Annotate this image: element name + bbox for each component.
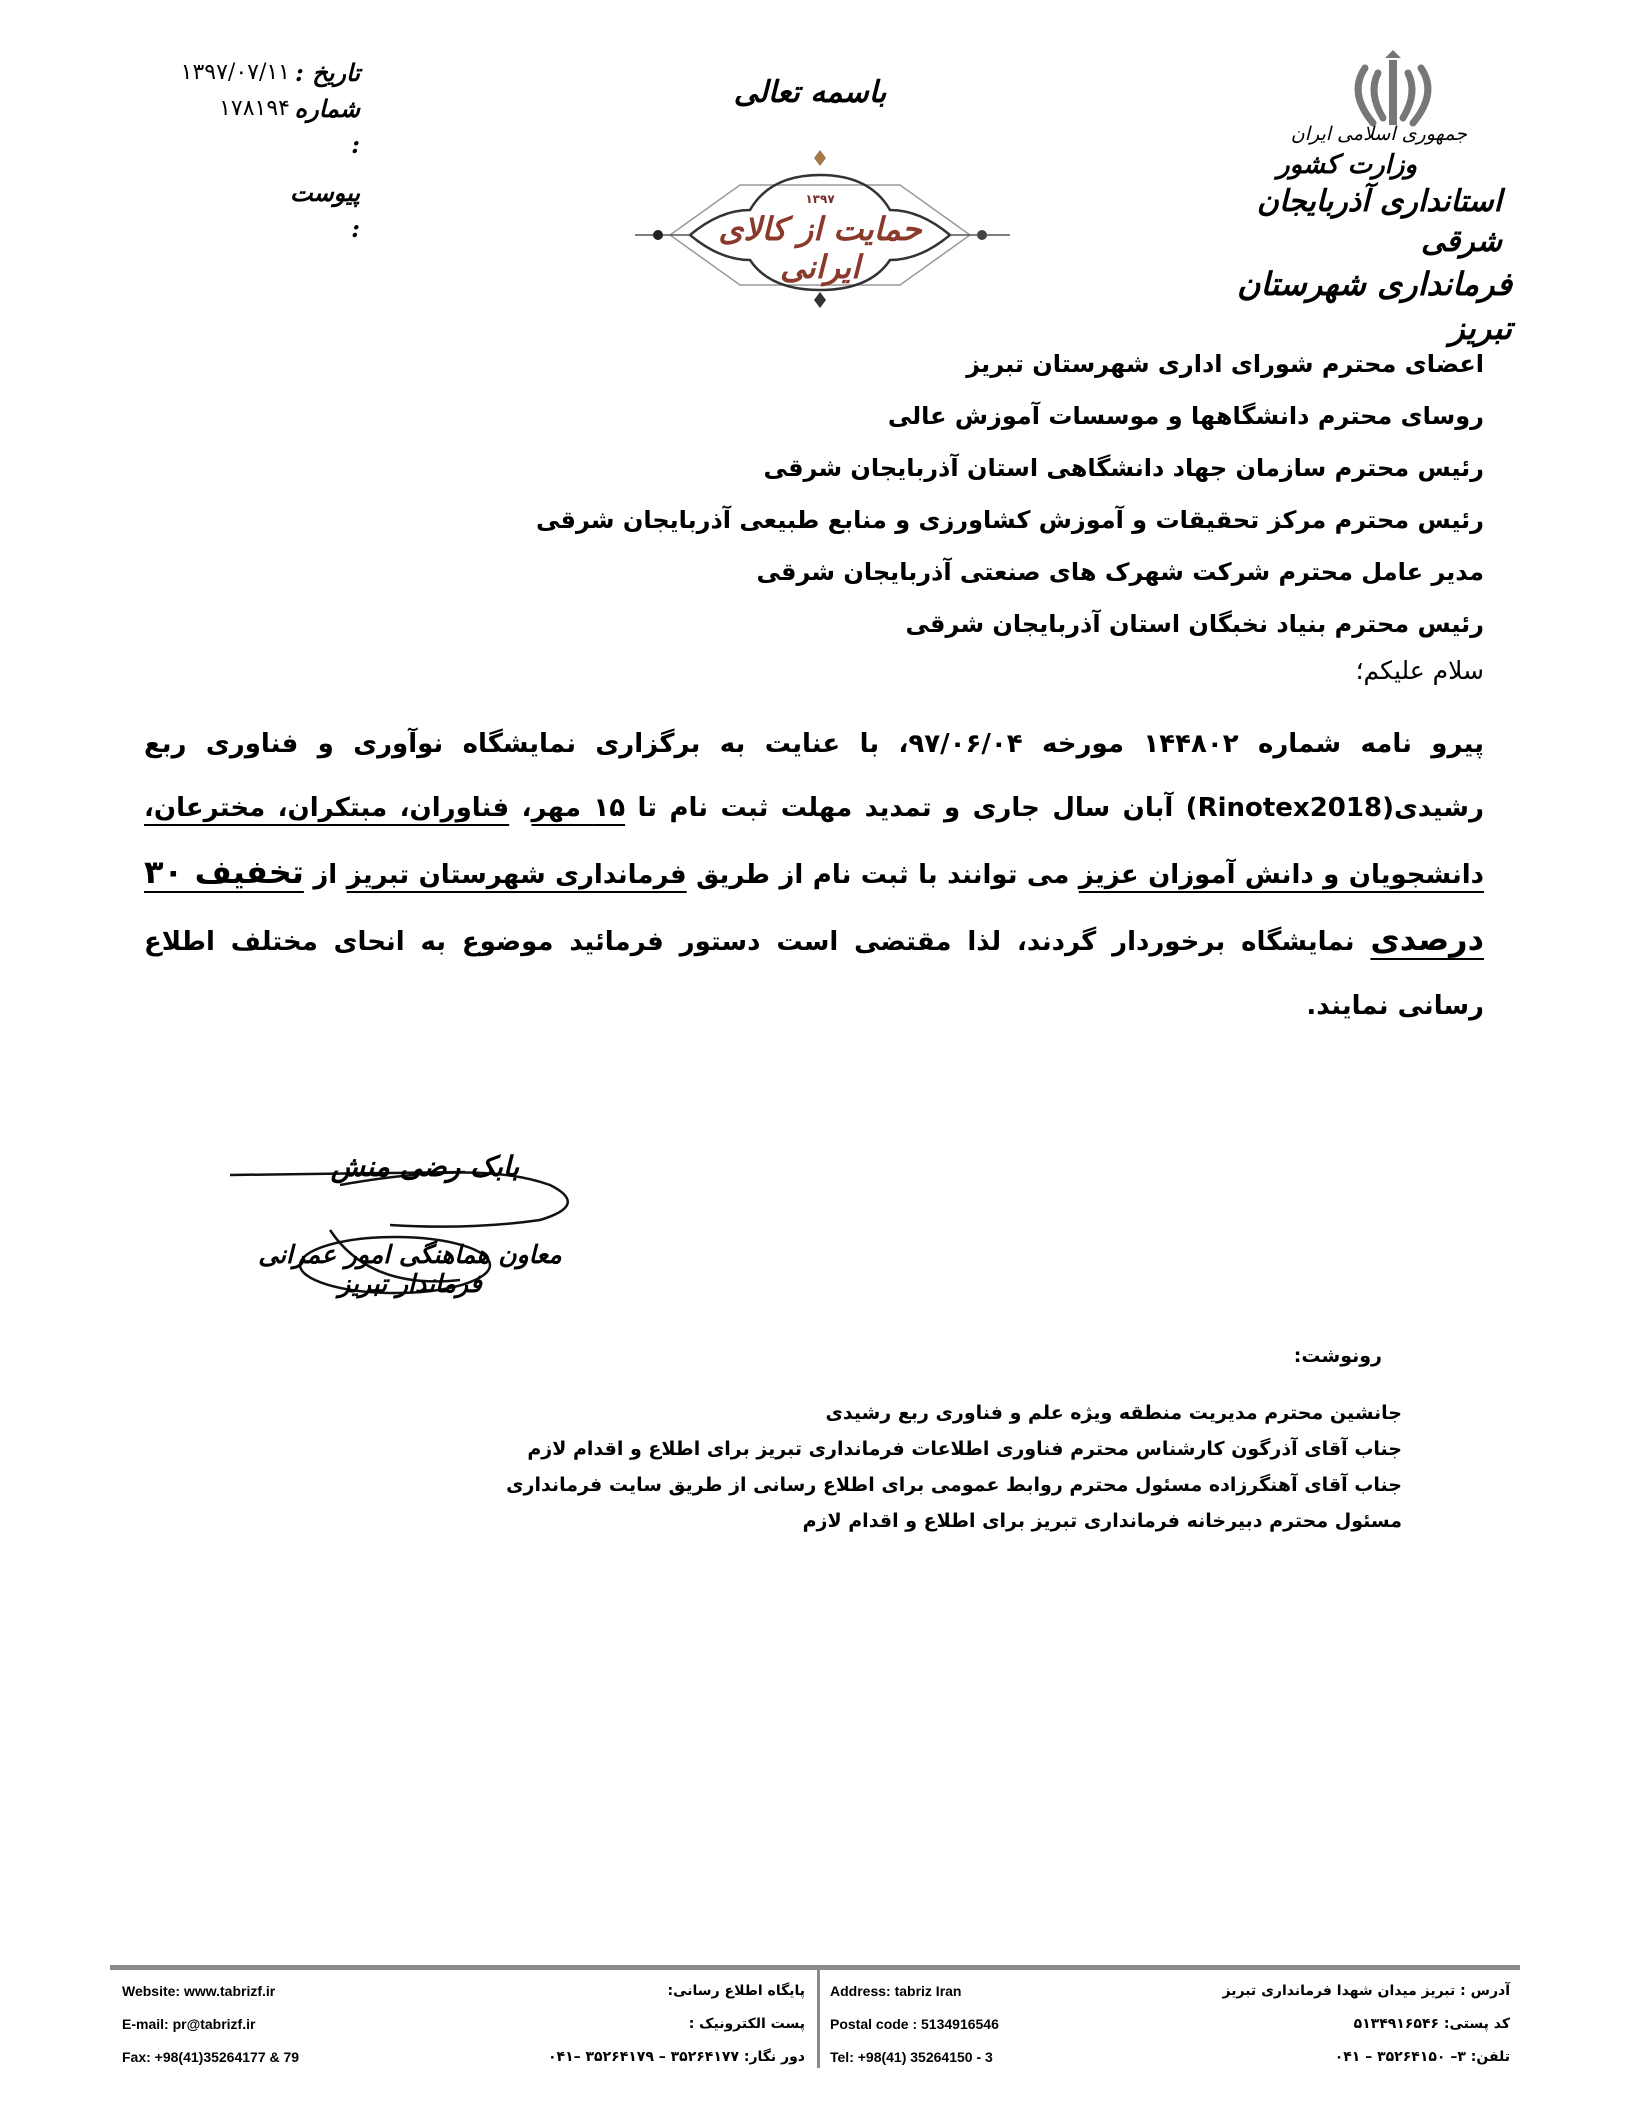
- cc-item: جانشین محترم مدیریت منطقه ویژه علم و فنا…: [502, 1395, 1402, 1431]
- body-text: می توانند با ثبت نام از طریق: [696, 860, 1069, 890]
- number-row: شماره : ۱۷۸۱۹۴: [160, 91, 360, 163]
- footer-address-latin: Address: tabriz Iran Postal code : 51349…: [830, 1975, 999, 2074]
- postal-code-farsi: کد پستی: ۵۱۳۴۹۱۶۵۴۶: [1150, 2008, 1510, 2041]
- body-text: از: [313, 860, 337, 890]
- recipients-list: اعضای محترم شورای اداری شهرستان تبریز رو…: [384, 338, 1484, 650]
- org-line: فرمانداری شهرستان تبریز: [1192, 262, 1512, 350]
- recipient: مدیر عامل محترم شرکت شهرک های صنعتی آذرب…: [384, 546, 1484, 598]
- date-row: تاریخ : ۱۳۹۷/۰۷/۱۱: [160, 55, 360, 91]
- recipient: رئیس محترم مرکز تحقیقات و آموزش کشاورزی …: [384, 494, 1484, 546]
- website-link[interactable]: Website: www.tabrizf.ir: [122, 1975, 299, 2008]
- date-value: ۱۳۹۷/۰۷/۱۱: [181, 55, 290, 91]
- tel-farsi: تلفن: ۳– ۳۵۲۶۴۱۵۰ – ۰۴۱: [1150, 2041, 1510, 2074]
- recipient: رئیس محترم بنیاد نخبگان استان آذربایجان …: [384, 598, 1484, 650]
- signatory-title: معاون هماهنگی امور عمرانی فرماندار تبریز: [240, 1240, 580, 1298]
- logo-text: حمایت از کالای ایرانی: [710, 210, 930, 286]
- fax-farsi: دور نگار: ۳۵۲۶۴۱۷۷ – ۳۵۲۶۴۱۷۹ –۰۴۱: [520, 2041, 805, 2074]
- org-line: جمهوری اسلامی ایران: [1192, 120, 1467, 148]
- cc-item: جناب آقای آذرگون کارشناس محترم فناوری اط…: [502, 1431, 1402, 1467]
- org-line: استانداری آذربایجان شرقی: [1192, 182, 1502, 262]
- cc-item: جناب آقای آهنگرزاده مسئول محترم روابط عم…: [502, 1467, 1402, 1503]
- footer-column-divider: [817, 1968, 820, 2068]
- cc-heading: رونوشت:: [1294, 1345, 1382, 1367]
- organization-header: جمهوری اسلامی ایران وزارت کشور استانداری…: [1192, 120, 1512, 350]
- email-label: پست الکترونیک :: [520, 2008, 805, 2041]
- tel-latin: Tel: +98(41) 35264150 - 3: [830, 2041, 999, 2074]
- cc-list: جانشین محترم مدیریت منطقه ویژه علم و فنا…: [502, 1395, 1402, 1539]
- website-label: پایگاه اطلاع رسانی:: [520, 1975, 805, 2008]
- logo-year: ۱۳۹۷: [780, 192, 860, 206]
- cc-item: مسئول محترم دبیرخانه فرمانداری تبریز برا…: [502, 1503, 1402, 1539]
- address-latin: Address: tabriz Iran: [830, 1975, 999, 2008]
- recipient: اعضای محترم شورای اداری شهرستان تبریز: [384, 338, 1484, 390]
- attachment-label: پیوست :: [290, 175, 360, 247]
- signatory-name: بابک رضی منش: [300, 1150, 550, 1183]
- footer-contact-latin: Website: www.tabrizf.ir E-mail: pr@tabri…: [122, 1975, 299, 2074]
- email-link[interactable]: E-mail: pr@tabrizf.ir: [122, 2008, 299, 2041]
- footer-address-farsi: آدرس : تبریز میدان شهدا فرمانداری تبریز …: [1150, 1975, 1510, 2074]
- recipient: روسای محترم دانشگاهها و موسسات آموزش عال…: [384, 390, 1484, 442]
- letter-meta: تاریخ : ۱۳۹۷/۰۷/۱۱ شماره : ۱۷۸۱۹۴ پیوست …: [160, 55, 360, 247]
- postal-code-latin: Postal code : 5134916546: [830, 2008, 999, 2041]
- fax-number: Fax: +98(41)35264177 & 79: [122, 2041, 299, 2074]
- deadline-highlight: ۱۵ مهر: [531, 793, 625, 823]
- letter-body: پیرو نامه شماره ۱۴۴۸۰۲ مورخه ۹۷/۰۶/۰۴، ب…: [144, 712, 1484, 1038]
- number-label: شماره :: [290, 91, 360, 163]
- greeting: سلام علیکم؛: [1356, 656, 1484, 685]
- attachment-row: پیوست :: [160, 175, 360, 247]
- body-text: ،: [522, 793, 532, 823]
- basmala: باسمه تعالی: [720, 75, 900, 110]
- support-iranian-goods-logo: ۱۳۹۷ حمایت از کالای ایرانی: [630, 140, 1010, 310]
- footer-divider: [110, 1965, 1520, 1970]
- org-line: وزارت کشور: [1192, 148, 1417, 182]
- footer-contact-farsi: پایگاه اطلاع رسانی: پست الکترونیک : دور …: [520, 1975, 805, 2074]
- registrar-highlight: فرمانداری شهرستان تبریز: [347, 860, 687, 890]
- number-value: ۱۷۸۱۹۴: [219, 91, 290, 163]
- recipient: رئیس محترم سازمان جهاد دانشگاهی استان آذ…: [384, 442, 1484, 494]
- address-farsi: آدرس : تبریز میدان شهدا فرمانداری تبریز: [1150, 1975, 1510, 2008]
- date-label: تاریخ :: [290, 55, 360, 91]
- body-text: نمایشگاه برخوردار گردند، لذا مقتضی است د…: [144, 927, 1484, 1021]
